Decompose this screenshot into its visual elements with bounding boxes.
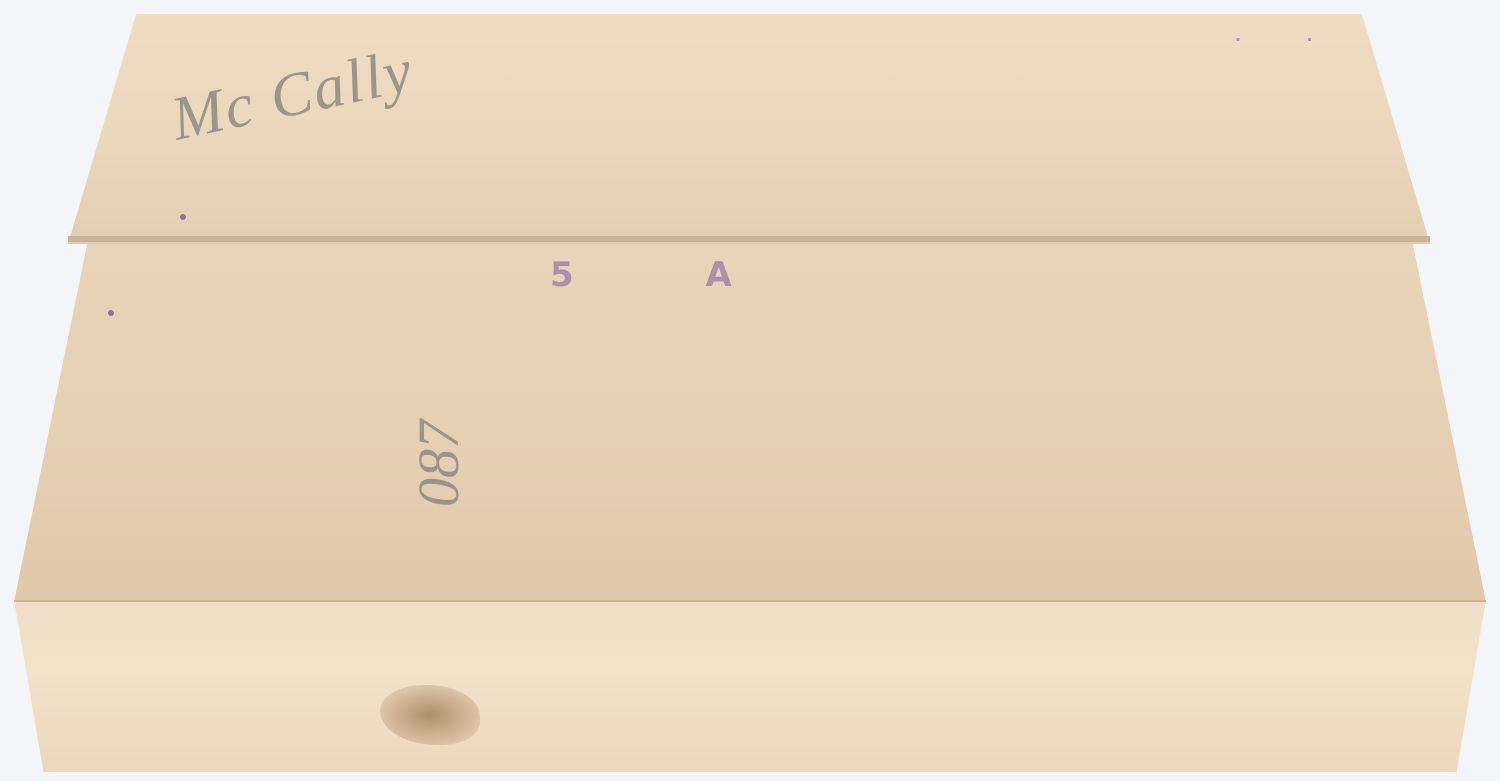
photo-scene: Mc Cally 087 5 A . .: [0, 0, 1500, 781]
body-ink-stamp: 5 A: [550, 255, 792, 295]
box-body-top: [14, 242, 1486, 602]
box-body-front-face: [14, 600, 1486, 772]
ink-dot: [180, 214, 186, 220]
lid-edge: [68, 236, 1430, 242]
ink-dot: [108, 310, 114, 316]
body-pencil-number: 087: [405, 420, 472, 507]
corner-ink-stamp: . .: [1235, 26, 1343, 45]
